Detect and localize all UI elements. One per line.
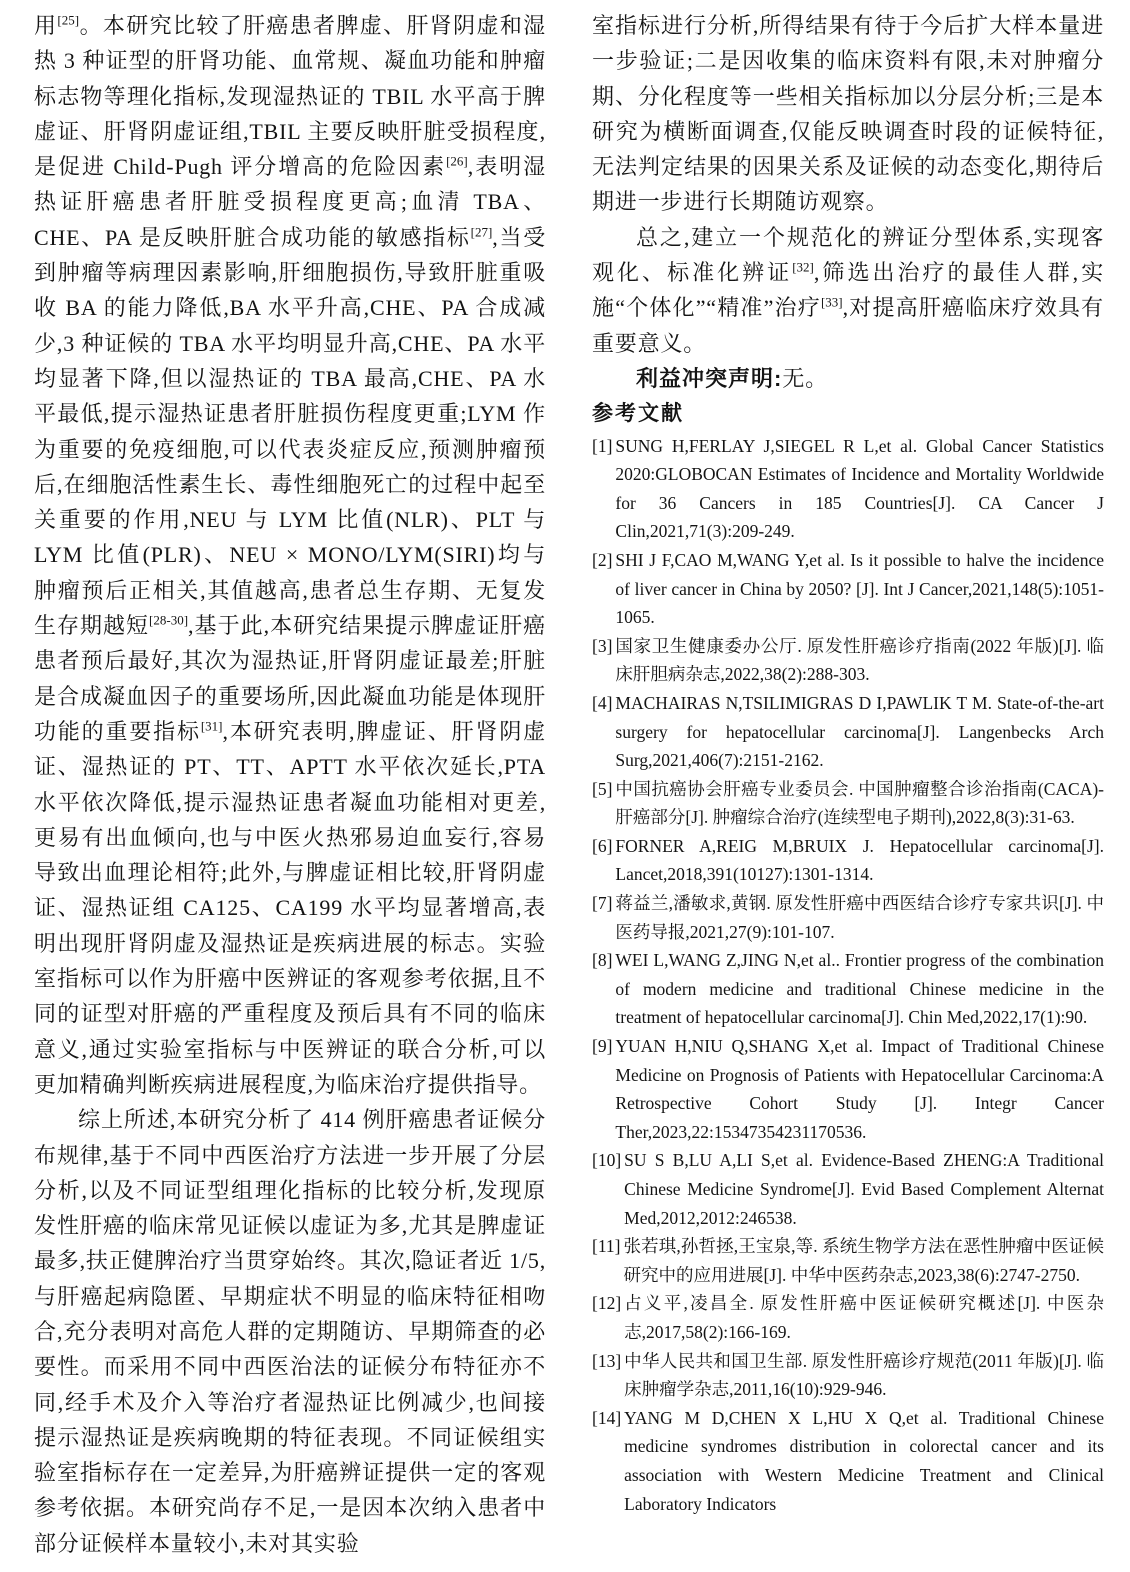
citation-marker: [33] — [821, 295, 843, 310]
reference-item: [12]占义平,凌昌全. 原发性肝癌中医证候研究概述[J]. 中医杂志,2017… — [592, 1289, 1104, 1346]
right-column-body: 室指标进行分析,所得结果有待于今后扩大样本量进一步验证;二是因收集的临床资料有限… — [592, 8, 1104, 361]
citation-marker: [25] — [57, 13, 79, 28]
reference-text: SU S B,LU A,LI S,et al. Evidence-Based Z… — [624, 1146, 1104, 1232]
reference-text: 蒋益兰,潘敏求,黄钢. 原发性肝癌中西医结合诊疗专家共识[J]. 中医药导报,2… — [615, 889, 1104, 946]
reference-number: [6] — [592, 832, 612, 889]
reference-item: [3]国家卫生健康委办公厅. 原发性肝癌诊疗指南(2022 年版)[J]. 临床… — [592, 632, 1104, 689]
reference-number: [3] — [592, 632, 612, 689]
paper-page: 用[25]。本研究比较了肝癌患者脾虚、肝肾阴虚和湿热 3 种证型的肝肾功能、血常… — [0, 0, 1130, 1572]
reference-number: [7] — [592, 889, 612, 946]
conflict-of-interest-value: 无。 — [782, 366, 828, 391]
reference-item: [11]张若琪,孙哲拯,王宝泉,等. 系统生物学方法在恶性肿瘤中医证候研究中的应… — [592, 1232, 1104, 1289]
reference-text: YUAN H,NIU Q,SHANG X,et al. Impact of Tr… — [615, 1032, 1104, 1146]
reference-text: 中华人民共和国卫生部. 原发性肝癌诊疗规范(2011 年版)[J]. 临床肿瘤学… — [624, 1347, 1104, 1404]
conflict-of-interest-statement: 利益冲突声明:无。 — [592, 361, 1104, 396]
body-paragraph: 室指标进行分析,所得结果有待于今后扩大样本量进一步验证;二是因收集的临床资料有限… — [592, 8, 1104, 220]
reference-text: 占义平,凌昌全. 原发性肝癌中医证候研究概述[J]. 中医杂志,2017,58(… — [624, 1289, 1104, 1346]
reference-item: [4]MACHAIRAS N,TSILIMIGRAS D I,PAWLIK T … — [592, 689, 1104, 775]
reference-item: [2]SHI J F,CAO M,WANG Y,et al. Is it pos… — [592, 546, 1104, 632]
body-paragraph: 用[25]。本研究比较了肝癌患者脾虚、肝肾阴虚和湿热 3 种证型的肝肾功能、血常… — [34, 8, 546, 1102]
conflict-of-interest-label: 利益冲突声明: — [636, 366, 782, 391]
reference-text: YANG M D,CHEN X L,HU X Q,et al. Traditio… — [624, 1404, 1104, 1518]
right-column: 室指标进行分析,所得结果有待于今后扩大样本量进一步验证;二是因收集的临床资料有限… — [592, 8, 1104, 1518]
citation-marker: [27] — [471, 224, 493, 239]
reference-item: [13]中华人民共和国卫生部. 原发性肝癌诊疗规范(2011 年版)[J]. 临… — [592, 1347, 1104, 1404]
reference-number: [14] — [592, 1404, 621, 1518]
left-column: 用[25]。本研究比较了肝癌患者脾虚、肝肾阴虚和湿热 3 种证型的肝肾功能、血常… — [34, 8, 546, 1561]
reference-text: 国家卫生健康委办公厅. 原发性肝癌诊疗指南(2022 年版)[J]. 临床肝胆病… — [615, 632, 1104, 689]
reference-text: 中国抗癌协会肝癌专业委员会. 中国肿瘤整合诊治指南(CACA)-肝癌部分[J].… — [615, 775, 1104, 832]
citation-marker: [31] — [201, 719, 223, 734]
reference-item: [1]SUNG H,FERLAY J,SIEGEL R L,et al. Glo… — [592, 432, 1104, 546]
reference-text: MACHAIRAS N,TSILIMIGRAS D I,PAWLIK T M. … — [615, 689, 1104, 775]
reference-number: [8] — [592, 946, 612, 1032]
citation-marker: [28-30] — [149, 613, 188, 628]
reference-text: FORNER A,REIG M,BRUIX J. Hepatocellular … — [615, 832, 1104, 889]
references-list: [1]SUNG H,FERLAY J,SIEGEL R L,et al. Glo… — [592, 432, 1104, 1519]
reference-text: SUNG H,FERLAY J,SIEGEL R L,et al. Global… — [615, 432, 1104, 546]
body-paragraph: 总之,建立一个规范化的辨证分型体系,实现客观化、标准化辨证[32],筛选出治疗的… — [592, 220, 1104, 361]
citation-marker: [32] — [792, 260, 814, 275]
reference-item: [5]中国抗癌协会肝癌专业委员会. 中国肿瘤整合诊治指南(CACA)-肝癌部分[… — [592, 775, 1104, 832]
reference-number: [5] — [592, 775, 612, 832]
reference-text: SHI J F,CAO M,WANG Y,et al. Is it possib… — [615, 546, 1104, 632]
reference-number: [10] — [592, 1146, 621, 1232]
reference-number: [13] — [592, 1347, 621, 1404]
reference-number: [2] — [592, 546, 612, 632]
reference-number: [12] — [592, 1289, 621, 1346]
reference-text: 张若琪,孙哲拯,王宝泉,等. 系统生物学方法在恶性肿瘤中医证候研究中的应用进展[… — [624, 1232, 1104, 1289]
reference-text: WEI L,WANG Z,JING N,et al.. Frontier pro… — [615, 946, 1104, 1032]
reference-number: [11] — [592, 1232, 621, 1289]
reference-item: [9]YUAN H,NIU Q,SHANG X,et al. Impact of… — [592, 1032, 1104, 1146]
citation-marker: [26] — [446, 154, 468, 169]
reference-item: [6]FORNER A,REIG M,BRUIX J. Hepatocellul… — [592, 832, 1104, 889]
reference-number: [9] — [592, 1032, 612, 1146]
reference-item: [10]SU S B,LU A,LI S,et al. Evidence-Bas… — [592, 1146, 1104, 1232]
reference-item: [8]WEI L,WANG Z,JING N,et al.. Frontier … — [592, 946, 1104, 1032]
reference-number: [4] — [592, 689, 612, 775]
references-heading: 参考文献 — [592, 396, 1104, 431]
body-paragraph: 综上所述,本研究分析了 414 例肝癌患者证候分布规律,基于不同中西医治疗方法进… — [34, 1102, 546, 1561]
reference-number: [1] — [592, 432, 612, 546]
reference-item: [14]YANG M D,CHEN X L,HU X Q,et al. Trad… — [592, 1404, 1104, 1518]
reference-item: [7]蒋益兰,潘敏求,黄钢. 原发性肝癌中西医结合诊疗专家共识[J]. 中医药导… — [592, 889, 1104, 946]
